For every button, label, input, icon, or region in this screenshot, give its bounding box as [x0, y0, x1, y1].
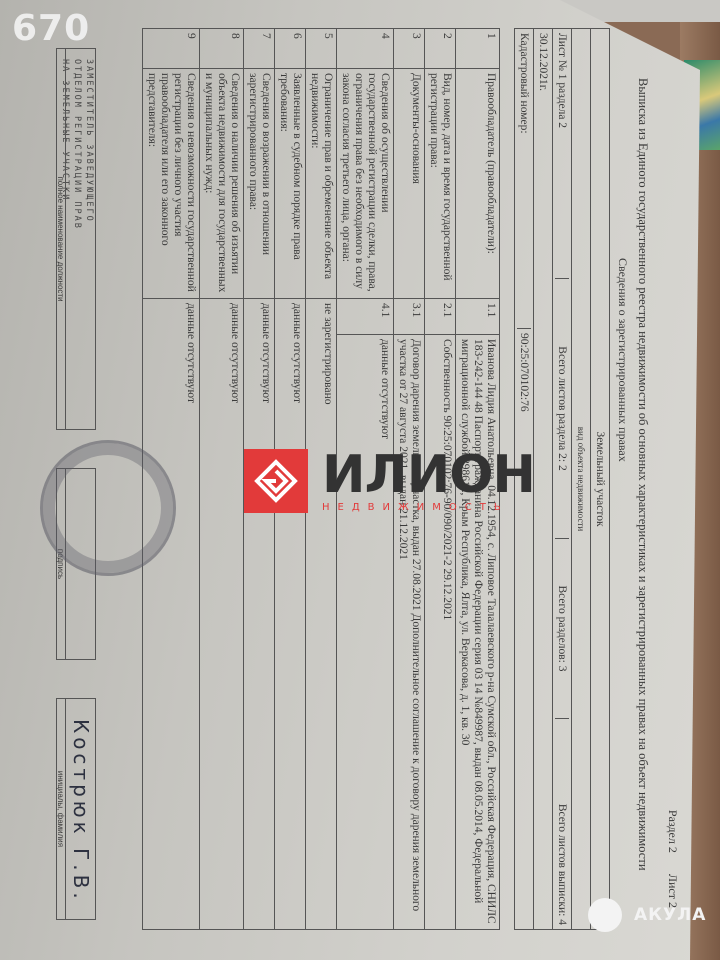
- name-caption: инициалы, фамилия: [56, 699, 66, 919]
- official-stamp: [40, 440, 176, 576]
- row-subnumber: 1.1: [456, 299, 499, 335]
- position-line: ОТДЕЛОМ РЕГИСТРАЦИИ ПРАВ: [71, 59, 83, 230]
- name-box: Кострюк Г.В. инициалы, фамилия: [56, 698, 96, 920]
- row-label: Сведения о наличии решения об изъятии об…: [200, 69, 243, 299]
- ilion-logo-icon: [244, 449, 308, 513]
- row-label: Документы-основания: [394, 69, 424, 299]
- akula-name: АКУЛА: [634, 905, 706, 925]
- object-type-caption: вид объекта недвижимости: [576, 427, 586, 531]
- row-value: данные отсутствуют: [244, 299, 274, 929]
- row-label: Ограничение прав и обременение объекта н…: [306, 69, 336, 299]
- position-caption: полное наименование должности: [56, 49, 66, 429]
- row-value: Договор дарения земельного участка, выда…: [394, 335, 424, 929]
- sections-total: Всего разделов: 3: [555, 539, 569, 719]
- page-reference: Раздел 2 Лист 2: [665, 792, 680, 908]
- section-label: Раздел 2: [666, 810, 680, 853]
- row-number: 7: [244, 29, 274, 69]
- row-label: Сведения об осуществлении государственно…: [337, 69, 393, 299]
- akula-watermark: АКУЛА: [588, 898, 706, 932]
- row-number: 5: [306, 29, 336, 69]
- row-value: данные отсутствуют: [200, 299, 243, 929]
- row-label: Сведения о невозможности государственной…: [143, 69, 199, 299]
- object-type: Земельный участок: [594, 431, 606, 526]
- sheets-total: Всего листов выписки: 4: [555, 719, 569, 929]
- row-subnumber: 2.1: [425, 299, 455, 335]
- row-label: Правообладатель (правообладатели):: [456, 69, 499, 299]
- row-value: данные отсутствуют: [143, 299, 199, 929]
- extract-date: 30.12.2021г.: [536, 29, 550, 929]
- row-number: 4: [337, 29, 393, 69]
- table-row: 8Сведения о наличии решения об изъятии о…: [199, 29, 243, 929]
- ilion-watermark: ИЛИОН НЕДВИЖИМОСТЬ: [244, 448, 535, 513]
- row-value: Иванова Лидия Анатольевна, 04.12.1954, с…: [456, 335, 499, 929]
- position-box: ЗАМЕСТИТЕЛЬ ЗАВЕДУЮЩЕГО ОТДЕЛОМ РЕГИСТРА…: [56, 48, 96, 430]
- row-label: Вид, номер, дата и время государственной…: [425, 69, 455, 299]
- ilion-subtitle: НЕДВИЖИМОСТЬ: [322, 502, 535, 513]
- row-value: данные отсутствуют: [275, 299, 305, 929]
- page-counter: 670: [12, 8, 90, 49]
- object-type-row: Земельный участок: [590, 29, 609, 929]
- row-number: 2: [425, 29, 455, 69]
- document-title: Выписка из Единого государственного реес…: [635, 78, 650, 871]
- document-subtitle: Сведения о зарегистрированных правах: [615, 258, 630, 462]
- row-subnumber: 3.1: [394, 299, 424, 335]
- sheet-info: Лист № 1 раздела 2: [555, 29, 569, 279]
- row-value: данные отсутствуют: [337, 335, 393, 929]
- sheet-info-row: Лист № 1 раздела 2 Всего листов раздела …: [552, 29, 571, 929]
- row-number: 6: [275, 29, 305, 69]
- row-label: Заявленные в судебном порядке права треб…: [275, 69, 305, 299]
- row-value: Собственность 90:25:070102:76-90/090/202…: [425, 335, 455, 929]
- handwritten-name: Кострюк Г.В.: [69, 719, 93, 903]
- row-number: 8: [200, 29, 243, 69]
- row-number: 1: [456, 29, 499, 69]
- ilion-name: ИЛИОН: [322, 448, 535, 502]
- sheets-in-section: Всего листов раздела 2: 2: [555, 279, 569, 539]
- date-row: 30.12.2021г.: [533, 29, 552, 929]
- row-label: Сведения о возражении в отношении зареги…: [244, 69, 274, 299]
- cadastral-label: Кадастровый номер:: [517, 29, 531, 329]
- cadastral-number: 90:25:070102:76: [517, 329, 531, 929]
- row-number: 9: [143, 29, 199, 69]
- row-subnumber: 4.1: [337, 299, 393, 335]
- row-value: не зарегистрировано: [306, 299, 336, 929]
- row-number: 3: [394, 29, 424, 69]
- position-line: ЗАМЕСТИТЕЛЬ ЗАВЕДУЮЩЕГО: [83, 59, 95, 230]
- object-type-caption-row: вид объекта недвижимости: [571, 29, 590, 929]
- shark-logo-icon: [588, 898, 622, 932]
